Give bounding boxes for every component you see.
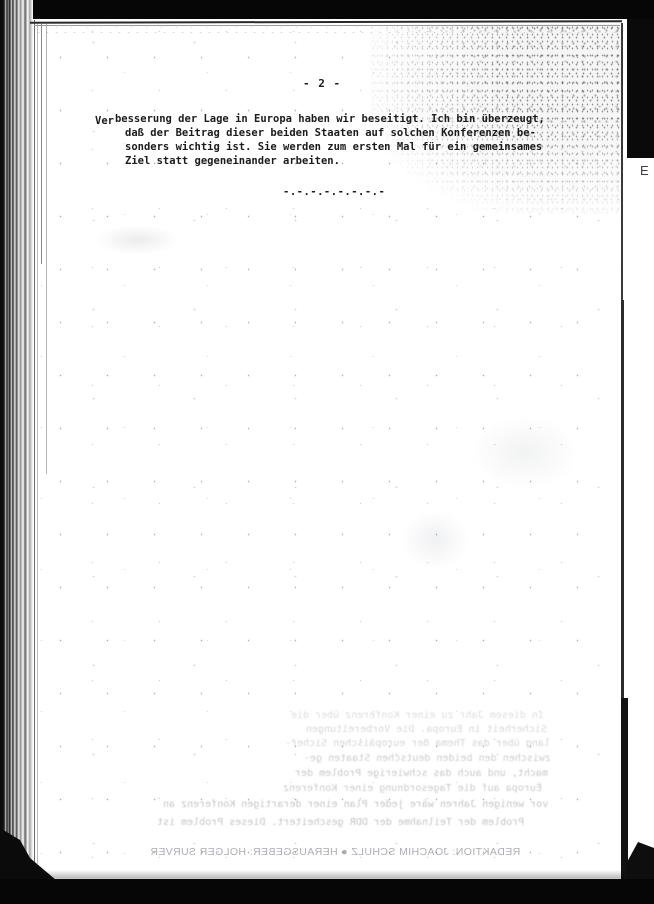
- paragraph-line: sonders wichtig ist. Sie werden zum erst…: [96, 140, 545, 154]
- faint-smudge: [95, 225, 180, 255]
- page-edge-line: [41, 24, 42, 264]
- scanner-black-jag-bottom-right: [626, 842, 654, 880]
- paragraph-line: daß der Beitrag dieser beiden Staaten au…: [96, 126, 545, 140]
- bleedthrough-line: zwischen den beiden deutschen Staaten ge…: [304, 753, 551, 764]
- paragraph-line1-prefix: Ver: [95, 115, 114, 127]
- paragraph-line1-rest: besserung der Lage in Europa haben wir b…: [115, 113, 545, 125]
- page-number: - 2 -: [303, 77, 341, 90]
- page-edge-line: [621, 698, 628, 880]
- bleedthrough-line: macht, und auch das schwierige Problem d…: [295, 768, 548, 779]
- scanned-document-page: - 2 - Verbesserung der Lage in Europa ha…: [0, 0, 654, 904]
- faint-smudge: [470, 415, 580, 490]
- separator-dashes: -.-.-.-.-.-.-.-: [283, 186, 385, 198]
- paragraph-line: Ziel statt gegeneinander arbeiten.: [96, 154, 545, 168]
- bleedthrough-line: Problem der Teilnahme der DDR gescheiter…: [157, 817, 524, 828]
- page-edge-line: [34, 25, 620, 26]
- bleedthrough-line: Europa auf die Tagesordnung einer Konfer…: [283, 783, 542, 794]
- page-stack-binding-streaks: [0, 0, 33, 904]
- scanner-black-band-top: [0, 0, 654, 19]
- page-edge-line: [621, 300, 624, 700]
- redaktion-ghost-line: REDAKTION: JOACHIM SCHULZ ● HERAUSGEBER:…: [150, 846, 520, 858]
- page-edge-line: [34, 20, 35, 904]
- page-edge-line: [30, 20, 622, 24]
- page-edge-line: [37, 23, 38, 883]
- adjacent-page-letter: E: [640, 163, 649, 178]
- faint-smudge: [400, 510, 470, 570]
- bleedthrough-line: Sicherheit in Europa. Die Vorbereitungen: [306, 724, 547, 735]
- bleedthrough-line: lang über das Thema der europäischen Sic…: [285, 738, 550, 749]
- bleedthrough-line: in diesem Jahr zu einer Konferenz über d…: [291, 710, 544, 721]
- page-edge-line: [621, 23, 623, 303]
- page-bottom-edge-shadow: [34, 870, 624, 879]
- paragraph-line: Verbesserung der Lage in Europa haben wi…: [96, 112, 545, 126]
- bleedthrough-line: vor wenigen Jahren wäre jeder Plan einer…: [163, 799, 548, 810]
- body-paragraph: Verbesserung der Lage in Europa haben wi…: [96, 112, 545, 168]
- page-edge-line: [46, 24, 47, 474]
- scanner-black-band-bottom: [0, 879, 654, 904]
- scanner-black-block-top-right: [627, 19, 654, 158]
